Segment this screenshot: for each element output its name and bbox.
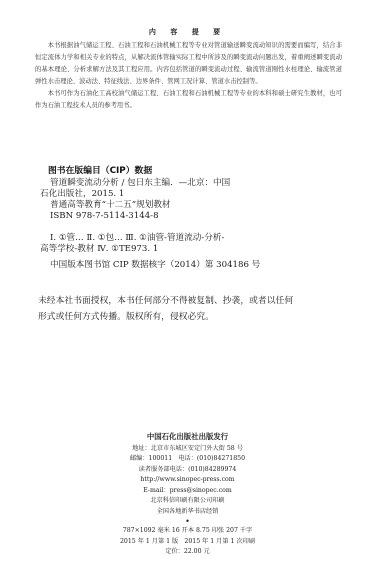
price: 定价：22.00 元: [0, 547, 375, 558]
copyright-line: 未经本社书面授权，本书任何部分不得被复制、抄袭，或者以任何: [38, 293, 338, 309]
abstract-paragraph: 本书可作为石油化工高校油气储运工程、石油工程和石油机械工程等专业的本科和硕士研究…: [35, 88, 342, 112]
reader-service-phone: 读者服务部电话：(010)84289974: [0, 465, 375, 476]
edition-info: 2015 年 1 月第 1 版 2015 年 1 月第 1 次印刷: [0, 537, 375, 548]
cip-line-isbn: ISBN 978-7-5114-3144-8: [40, 211, 340, 222]
copyright-line: 形式或任何方式传播。版权所有，侵权必究。: [38, 309, 338, 325]
abstract-body: 本书根据油气储运工程、石油工程和石油机械工程等专业对管道输送瞬变流动知识的需要而…: [35, 40, 342, 112]
abstract-paragraph: 本书根据油气储运工程、石油工程和石油机械工程等专业对管道输送瞬变流动知识的需要而…: [35, 40, 342, 88]
spacer: [40, 222, 340, 233]
publisher-info: 中国石化出版社出版发行 地址：北京市东城区安定门外大街 58 号 邮编：1000…: [0, 432, 375, 558]
cip-title: 图书在版编目（CIP）数据: [48, 163, 152, 176]
publisher-website: http://www.sinopec-press.com: [0, 475, 375, 486]
publisher-name: 中国石化出版社出版发行: [0, 432, 375, 443]
separator-dot: •: [0, 517, 375, 526]
publisher-email: E-mail：press@sinopec.com: [0, 486, 375, 497]
publisher-postcode-phone: 邮编：100011 电话：(010)84271850: [0, 454, 375, 465]
publisher-address: 地址：北京市东城区安定门外大街 58 号: [0, 444, 375, 455]
cip-data-block: 管道瞬变流动分析 / 包日东主编．—北京：中国 石化出版社，2015. 1 普通…: [40, 178, 340, 271]
cip-line-publisher: 石化出版社，2015. 1: [40, 189, 340, 200]
book-format: 787×1092 毫米 16 开本 8.75 印张 207 千字: [0, 526, 375, 537]
cip-line-title-author: 管道瞬变流动分析 / 包日东主编．—北京：中国: [40, 178, 340, 189]
cip-line-series: 普通高等教育“十二五”规划教材: [40, 200, 340, 211]
copyright-notice: 未经本社书面授权，本书任何部分不得被复制、抄袭，或者以任何 形式或任何方式传播。…: [38, 293, 338, 325]
distributor: 全国各地新华书店经销: [0, 507, 375, 518]
cip-verification-number: 中国版本图书馆 CIP 数据核字（2014）第 304186 号: [40, 260, 340, 271]
cip-line-classification-cont: 高等学校-教材 Ⅳ. ①TE973. 1: [40, 244, 340, 255]
printer: 北京科信印刷有限公司印刷: [0, 496, 375, 507]
abstract-title: 内 容 提 要: [0, 27, 375, 37]
cip-line-classification: Ⅰ. ①管… Ⅱ. ①包… Ⅲ. ①油管-管道流动-分析-: [40, 233, 340, 244]
